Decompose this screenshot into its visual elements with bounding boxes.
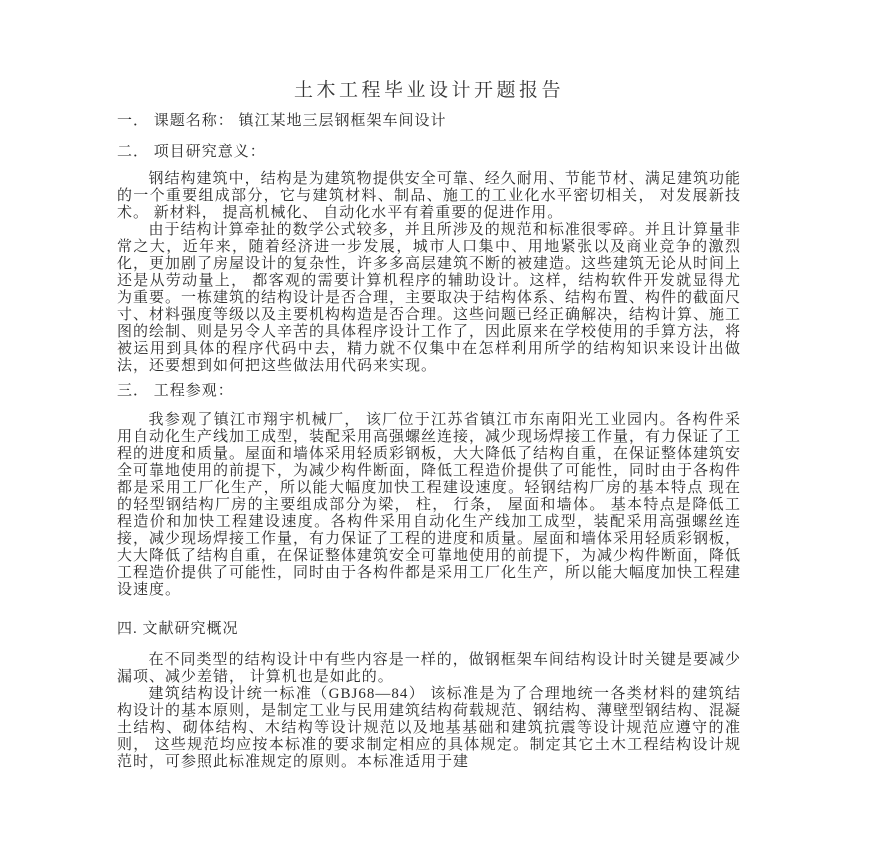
document-content: 土木工程毕业设计开题报告 一． 课题名称： 镇江某地三层钢框架车间设计 二． 项… xyxy=(117,80,741,771)
section-3-paragraph-1: 我参观了镇江市翔宇机械厂， 该厂位于江苏省镇江市东南阳光工业园内。各构件采用自动… xyxy=(117,412,741,599)
section-4-paragraph-2: 建筑结构设计统一标准（GBJ68—84） 该标准是为了合理地统一各类材料的建筑结… xyxy=(117,686,741,771)
document-title: 土木工程毕业设计开题报告 xyxy=(117,80,741,102)
section-3-heading: 三． 工程参观： xyxy=(117,383,741,400)
section-2-heading: 二． 项目研究意义： xyxy=(117,144,741,161)
section-4-heading: 四. 文献研究概况 xyxy=(117,621,741,638)
section-4-paragraph-1: 在不同类型的结构设计中有些内容是一样的，做钢框架车间结构设计时关键是要减少漏项、… xyxy=(117,652,741,686)
section-1-heading: 一． 课题名称： 镇江某地三层钢框架车间设计 xyxy=(117,113,741,130)
section-2-paragraph-2: 由于结构计算牵扯的数学公式较多，并且所涉及的规范和标准很零碎。并且计算量非常之大… xyxy=(117,222,741,375)
document-page: 土木工程毕业设计开题报告 一． 课题名称： 镇江某地三层钢框架车间设计 二． 项… xyxy=(0,0,870,842)
section-2-paragraph-1: 钢结构建筑中，结构是为建筑物提供安全可靠、经久耐用、节能节材、满足建筑功能的一个… xyxy=(117,171,741,222)
